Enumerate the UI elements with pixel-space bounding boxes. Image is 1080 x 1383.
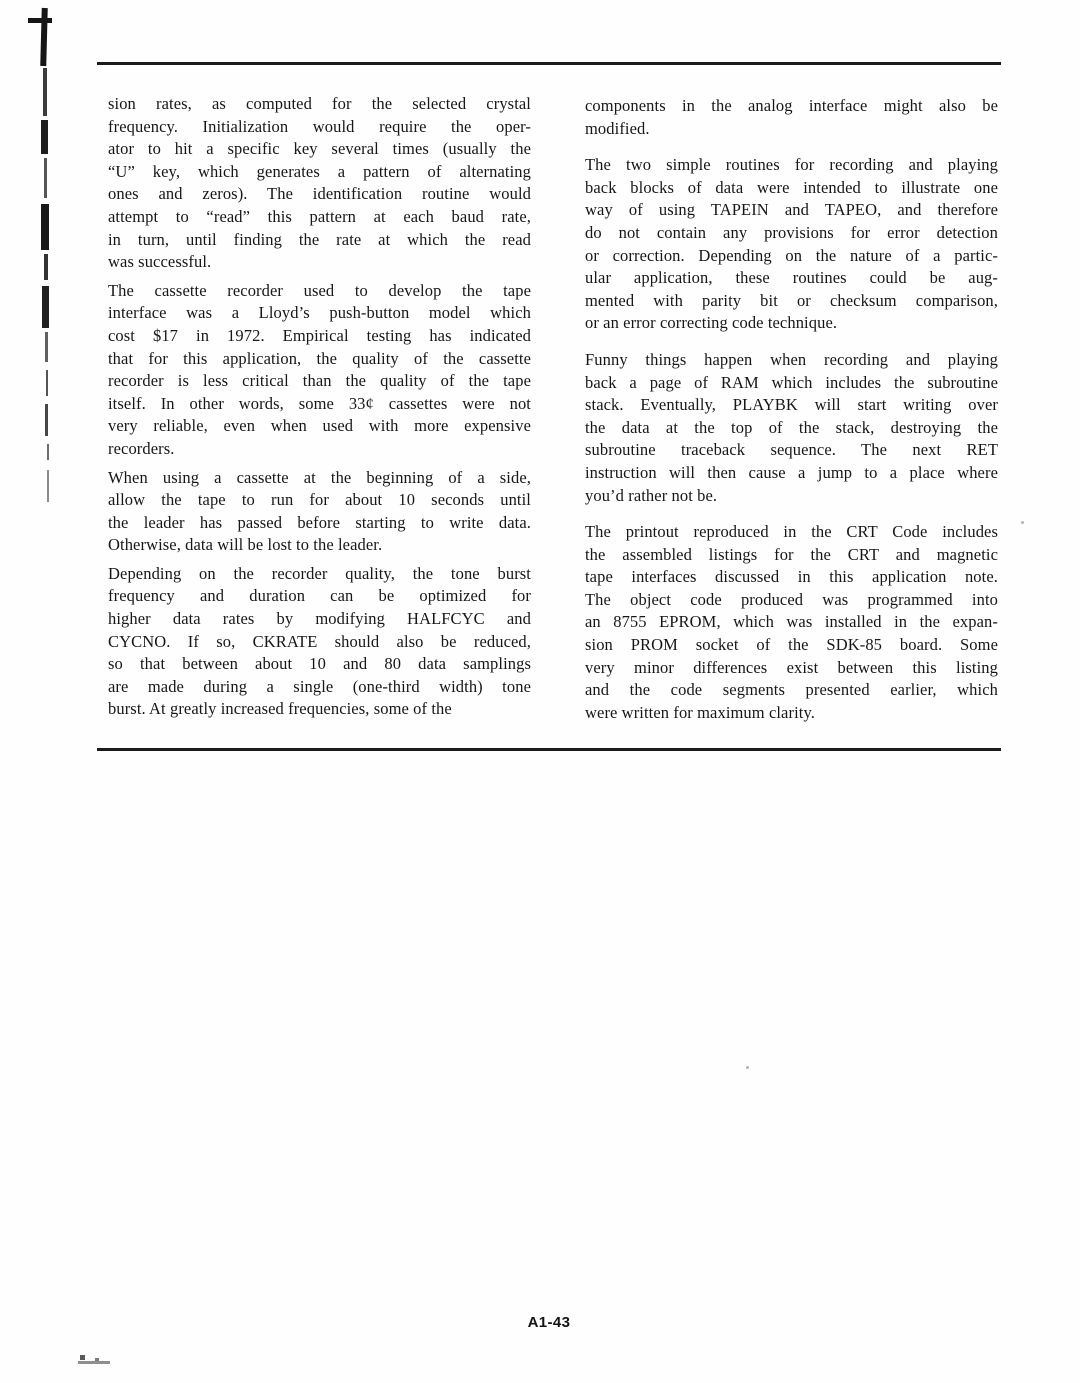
scan-artifact-left-streak <box>32 8 58 518</box>
page-number: A1-43 <box>9 1314 1080 1331</box>
text-line: The printout reproduced in the CRT Code … <box>585 521 998 544</box>
text-line: cost $17 in 1972. Empirical testing has … <box>108 325 531 348</box>
top-rule <box>97 62 1001 65</box>
text-line: very minor differences exist between thi… <box>585 657 998 680</box>
text-line: you’d rather not be. <box>585 485 998 508</box>
text-line: the assembled listings for the CRT and m… <box>585 544 998 567</box>
text-line: frequency. Initialization would require … <box>108 116 531 139</box>
text-line: When using a cassette at the beginning o… <box>108 467 531 490</box>
text-line: the data at the top of the stack, destro… <box>585 417 998 440</box>
text-line: subroutine traceback sequence. The next … <box>585 439 998 462</box>
text-line: do not contain any provisions for error … <box>585 222 998 245</box>
text-line: back a page of RAM which includes the su… <box>585 372 998 395</box>
text-line: the leader has passed before starting to… <box>108 512 531 535</box>
text-line: The cassette recorder used to develop th… <box>108 280 531 303</box>
text-line: very reliable, even when used with more … <box>108 415 531 438</box>
text-line: Depending on the recorder quality, the t… <box>108 563 531 586</box>
text-line: tape interfaces discussed in this applic… <box>585 566 998 589</box>
paragraph: When using a cassette at the beginning o… <box>108 467 531 557</box>
text-line: and the code segments presented earlier,… <box>585 679 998 702</box>
text-line: that for this application, the quality o… <box>108 348 531 371</box>
scan-artifact-dot <box>80 1355 85 1360</box>
section-divider-rule <box>97 748 1001 751</box>
right-column: components in the analog interface might… <box>585 95 998 738</box>
text-line: sion rates, as computed for the selected… <box>108 93 531 116</box>
text-line: ular application, these routines could b… <box>585 267 998 290</box>
paragraph: The printout reproduced in the CRT Code … <box>585 521 998 724</box>
text-line: The two simple routines for recording an… <box>585 154 998 177</box>
text-line: modified. <box>585 118 998 141</box>
text-line: are made during a single (one-third widt… <box>108 676 531 699</box>
text-line: stack. Eventually, PLAYBK will start wri… <box>585 394 998 417</box>
text-line: ator to hit a specific key several times… <box>108 138 531 161</box>
text-line: itself. In other words, some 33¢ cassett… <box>108 393 531 416</box>
paragraph: Depending on the recorder quality, the t… <box>108 563 531 721</box>
text-line: sion PROM socket of the SDK-85 board. So… <box>585 634 998 657</box>
text-line: in turn, until finding the rate at which… <box>108 229 531 252</box>
text-line: attempt to “read” this pattern at each b… <box>108 206 531 229</box>
text-line: Otherwise, data will be lost to the lead… <box>108 534 531 557</box>
text-line: ones and zeros). The identification rout… <box>108 183 531 206</box>
text-line: way of using TAPEIN and TAPEO, and there… <box>585 199 998 222</box>
text-line: mented with parity bit or checksum compa… <box>585 290 998 313</box>
scan-speck <box>746 1066 749 1069</box>
text-line: CYCNO. If so, CKRATE should also be redu… <box>108 631 531 654</box>
text-line: an 8755 EPROM, which was installed in th… <box>585 611 998 634</box>
text-line: components in the analog interface might… <box>585 95 998 118</box>
paragraph: The cassette recorder used to develop th… <box>108 280 531 461</box>
text-line: allow the tape to run for about 10 secon… <box>108 489 531 512</box>
document-page: sion rates, as computed for the selected… <box>0 0 1080 1383</box>
text-line: “U” key, which generates a pattern of al… <box>108 161 531 184</box>
text-line: recorder is less critical than the quali… <box>108 370 531 393</box>
text-line: frequency and duration can be optimized … <box>108 585 531 608</box>
text-line: instruction will then cause a jump to a … <box>585 462 998 485</box>
text-line: were written for maximum clarity. <box>585 702 998 725</box>
text-line: burst. At greatly increased frequencies,… <box>108 698 531 721</box>
text-line: recorders. <box>108 438 531 461</box>
scan-speck <box>1021 521 1024 524</box>
text-line: The object code produced was programmed … <box>585 589 998 612</box>
left-column: sion rates, as computed for the selected… <box>108 93 531 727</box>
text-line: interface was a Lloyd’s push-button mode… <box>108 302 531 325</box>
paragraph: sion rates, as computed for the selected… <box>108 93 531 274</box>
paragraph: components in the analog interface might… <box>585 95 998 140</box>
paragraph: The two simple routines for recording an… <box>585 154 998 335</box>
scan-artifact-smudge <box>78 1361 110 1364</box>
text-line: was successful. <box>108 251 531 274</box>
text-line: back blocks of data were intended to ill… <box>585 177 998 200</box>
text-line: or an error correcting code technique. <box>585 312 998 335</box>
text-line: higher data rates by modifying HALFCYC a… <box>108 608 531 631</box>
text-line: or correction. Depending on the nature o… <box>585 245 998 268</box>
paragraph: Funny things happen when recording and p… <box>585 349 998 507</box>
text-line: so that between about 10 and 80 data sam… <box>108 653 531 676</box>
text-line: Funny things happen when recording and p… <box>585 349 998 372</box>
